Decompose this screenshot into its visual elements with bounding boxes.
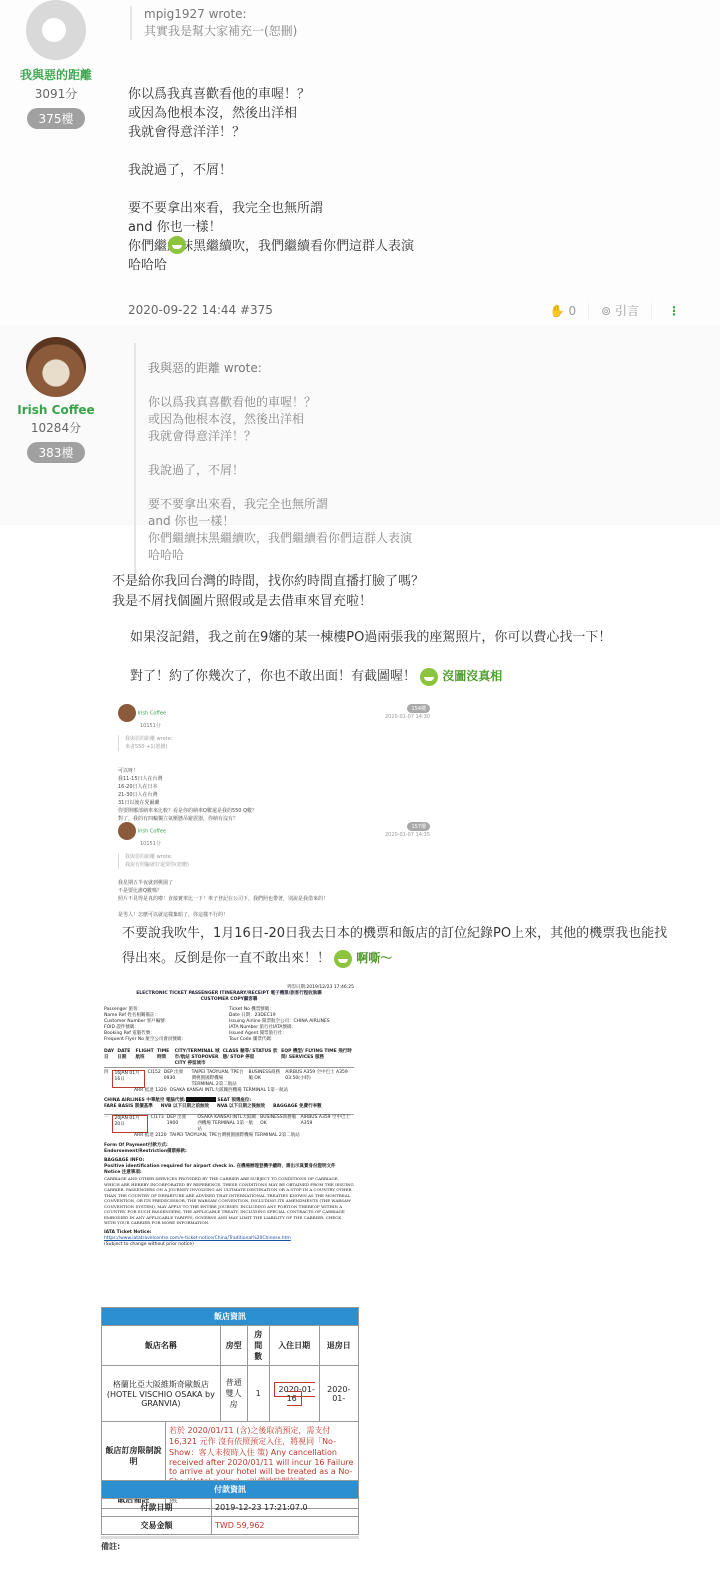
- flight-to: OSAKA KANSAI INTL大阪關西機場 TERMINAL 1第一航站: [170, 1088, 289, 1094]
- emoji-caption: 啊嘶～: [356, 951, 392, 965]
- mini-quote-author: 我與惡的距離 wrote:: [125, 735, 438, 743]
- shocked-emoji-icon: [334, 950, 352, 968]
- default-avatar-icon[interactable]: [26, 0, 86, 60]
- payment-date-value: 2019-12-23 17:21:07.0: [212, 1499, 359, 1517]
- fare-label: SEAT 預選座位:: [217, 1098, 251, 1103]
- post-meta: 2020-09-22 14:44 #375: [128, 303, 273, 317]
- mini-score: 10151分: [140, 722, 438, 729]
- col-hotel-name: 飯店名稱: [102, 1326, 221, 1366]
- flight-no: CI152: [148, 1070, 161, 1088]
- flight-eqp: AIRBUS A359 空中巴士 A359: [301, 1115, 354, 1133]
- col: TIME 時間: [157, 1049, 172, 1067]
- reply-paragraph-2: 如果沒記錯，我之前在9嬸的某一棟樓PO過兩張我的座駕照片，你可以費心找一下！: [130, 628, 611, 648]
- flight-row-2: 一 20JAN 01月20日 CI173 DEP 出發 1900 OSAKA K…: [104, 1114, 354, 1133]
- payment-date-label: 付款日期: [102, 1499, 212, 1517]
- reply-paragraph-3-text: 對了！約了你幾次了，你也不敢出面！有截圖喔！: [130, 669, 416, 684]
- col-rooms: 房間數: [247, 1326, 269, 1366]
- flight-day: 四: [104, 1070, 109, 1088]
- more-options-icon[interactable]: ⋮: [668, 304, 680, 318]
- ticket-columns: DAY 日 DATE 日期 FLIGHT 航班 TIME 時間 CITY/TER…: [104, 1049, 354, 1068]
- ticket-subtitle: CUSTOMER COPY顧客聯: [104, 997, 354, 1003]
- post-383: Irish Coffee 10284分 383樓 我與惡的距離 wrote: 你…: [0, 325, 720, 525]
- author-block: Irish Coffee 10284分 383樓: [14, 337, 98, 463]
- flight-to: TAIPEI TAOYUAN, TPE台灣桃園國際機場 TERMINAL 2第二…: [170, 1133, 300, 1139]
- payment-header: 付款資訊: [102, 1481, 359, 1499]
- post-375: 我與惡的距離 3091分 375樓 mpig1927 wrote: 其實我是幫大…: [0, 0, 720, 325]
- amount-label: 交易金額: [102, 1517, 212, 1535]
- col-checkout: 退房日: [319, 1326, 358, 1366]
- reply-paragraph-4: 不要說我吹牛，1月16日-20日我去日本的機票和飯店的訂位紀錄PO上來，其他的機…: [122, 922, 678, 971]
- quote-author: mpig1927 wrote:: [144, 6, 297, 23]
- mini-body: 我星期五半夜就到桃園了 不是要比誰Q數嗎？ 照片不見得是真的啦！直接實車比一下！…: [118, 879, 438, 919]
- flight-class: BUSINESS商務艙 OK: [260, 1115, 298, 1133]
- hotel-info-table: 飯店資訊 飯店名稱 房型 房間數 入住日期 退房日 格蘭比亞大阪維斯奇歐飯店 (…: [101, 1307, 359, 1509]
- emoji-caption: 沒圖沒真相: [442, 669, 502, 683]
- e-ticket-image: 列印日期:2019/12/23 17:46:25 ELECTRONIC TICK…: [104, 985, 354, 1248]
- quote-button[interactable]: 引言: [615, 302, 639, 319]
- checkin-date: 2020-01-16: [274, 1382, 315, 1406]
- mini-body: 可以呀！ 我11-15日人在台灣 16-20日人在日本 21-30日人在台灣 3…: [118, 767, 438, 823]
- quote-block: mpig1927 wrote: 其實我是幫大家補充一(恕刪): [130, 6, 297, 40]
- iata-note: (Subject to change without prior notice): [104, 1242, 354, 1248]
- flight-from: OSAKA KANSAI INTL大阪關西機場 TERMINAL 1第一航站: [197, 1115, 257, 1133]
- flight-row-2-arr: ARR 抵達 2120 TAIPEI TAOYUAN, TPE台灣桃園國際機場 …: [134, 1133, 354, 1139]
- col: CLASS 艙等/ STATUS 狀態/ STOP 停留: [223, 1049, 279, 1067]
- flight-from: TAIPEI TAOYUAN, TPE台灣桃園國際機場 TERMINAL 2第二…: [192, 1070, 246, 1088]
- author-score: 10284分: [14, 419, 98, 436]
- divider: [651, 303, 652, 319]
- mini-quote-text: 我說有照騙就好還要你(恕刪): [125, 861, 438, 869]
- coffee-avatar[interactable]: [26, 337, 86, 397]
- reply-paragraph-3: 對了！約了你幾次了，你也不敢出面！有截圖喔！ 沒圖沒真相: [130, 666, 502, 687]
- embedded-screenshot-157: Irish Coffee 10151分 157樓 2020-01-07 14:3…: [118, 822, 438, 912]
- amount-value: TWD 59,962: [212, 1517, 359, 1535]
- flight-day: 一: [104, 1115, 109, 1133]
- quote-text: 你以爲我真喜歡看他的車喔！？ 或因為他根本沒，然後出洋相 我就會得意洋洋！？ 我…: [148, 394, 412, 564]
- mini-date: 2020-01-07 14:35: [385, 832, 430, 838]
- ticket-left-fields: Passenger 旅客： Name Ref 姓名相關備註： Customer …: [104, 1007, 229, 1043]
- col-checkin: 入住日期: [269, 1326, 319, 1366]
- quote-icon[interactable]: ⊚: [601, 304, 611, 318]
- author-block: 我與惡的距離 3091分 375樓: [14, 0, 98, 129]
- floor-badge[interactable]: 383樓: [27, 442, 86, 463]
- flight-dep: DEP 出發 0930: [164, 1070, 189, 1088]
- mini-quote-text: 來者550 +1(恕刪): [125, 743, 438, 751]
- fare-label: FARE BASIS 票價基準: [104, 1104, 153, 1110]
- hotel-name: 格蘭比亞大阪維斯奇歐飯店 (HOTEL VISCHIO OSAKA by GRA…: [102, 1366, 221, 1422]
- quote-block: 我與惡的距離 wrote: 你以爲我真喜歡看他的車喔！？ 或因為他根本沒，然後出…: [134, 343, 412, 581]
- col-room-type: 房型: [220, 1326, 247, 1366]
- reply-paragraph-4-text: 不要說我吹牛，1月16日-20日我去日本的機票和飯店的訂位紀錄PO上來，其他的機…: [122, 926, 667, 966]
- flight-row-1-arr: ARR 抵達 1320 OSAKA KANSAI INTL大阪關西機場 TERM…: [134, 1088, 354, 1094]
- mini-floor-badge: 154樓: [407, 704, 430, 713]
- mini-quote: 我與惡的距離 wrote: 來者550 +1(恕刪): [118, 735, 438, 751]
- fare-row: CHINA AIRLINES 中華航空 電腦代號: SEAT 預選座位:: [104, 1097, 354, 1104]
- ticket-right-fields: Ticket No 機票號碼： Date 日期：23DEC19 Issuing …: [229, 1007, 354, 1043]
- col: FLIGHT 航班: [136, 1049, 154, 1067]
- flight-arr: ARR 抵達 1320: [134, 1088, 167, 1094]
- mini-author-name: Irish Coffee: [138, 711, 166, 717]
- flight-date: 20JAN 01月20日: [112, 1115, 148, 1133]
- checkin-cell: 2020-01-16: [269, 1366, 319, 1422]
- col: EQP 機型/ FLYING TIME 飛行時間/ SERVICES 服務: [281, 1049, 354, 1067]
- col: DAY 日: [104, 1049, 114, 1067]
- checkout-date: 2020-01-: [319, 1366, 358, 1422]
- quote-text: 其實我是幫大家補充一(恕刪): [144, 23, 297, 40]
- fare-label: CHINA AIRLINES 中華航空 電腦代號:: [104, 1098, 186, 1103]
- field: Tour Code 團票代碼：: [229, 1037, 354, 1043]
- author-name[interactable]: Irish Coffee: [14, 403, 98, 417]
- redaction: [186, 1097, 216, 1102]
- author-name[interactable]: 我與惡的距離: [14, 66, 98, 83]
- mini-quote: 我與惡的距離 wrote: 我說有照騙就好還要你(恕刪): [118, 853, 438, 869]
- mini-author-name: Irish Coffee: [138, 829, 166, 835]
- endorsement: Endorsement/Restriction備票條款:: [104, 1149, 354, 1155]
- post-actions: ✋ 0 ⊚ 引言 ⋮: [550, 302, 680, 319]
- flight-class: BUSINESS商務艙 OK: [248, 1070, 282, 1088]
- coffee-avatar: [118, 822, 136, 840]
- flight-dep: DEP 出發 1900: [167, 1115, 195, 1133]
- mini-floor-badge: 157樓: [407, 822, 430, 831]
- divider: [588, 303, 589, 319]
- fare-label: BAGGAGE 免費行李數: [273, 1104, 322, 1110]
- remark-label: 備註:: [101, 1541, 120, 1552]
- col: CITY/TERMINAL 城市/航站 STOPOVER CITY 停留城市: [175, 1049, 220, 1067]
- divider: [101, 1536, 359, 1539]
- payment-info-table: 付款資訊 付款日期 2019-12-23 17:21:07.0 交易金額 TWD…: [101, 1480, 359, 1535]
- notice-text: CARRIAGE AND OTHER SERVICES PROVIDED BY …: [104, 1176, 354, 1226]
- room-count: 1: [247, 1366, 269, 1422]
- col: DATE 日期: [117, 1049, 132, 1067]
- kiss-emoji-icon: [420, 668, 438, 686]
- mini-score: 10151分: [140, 840, 438, 847]
- flight-eqp: AIRBUS A359 空中巴士 A359 03:50(小時): [285, 1070, 354, 1088]
- flight-row-1: 四 16JAN 01月16日 CI152 DEP 出發 0930 TAIPEI …: [104, 1070, 354, 1088]
- flight-date: 16JAN 01月16日: [112, 1070, 145, 1088]
- hotel-header: 飯店資訊: [102, 1308, 359, 1326]
- mini-date: 2020-01-07 14:30: [385, 714, 430, 720]
- embedded-screenshot-154: Irish Coffee 10151分 154樓 2020-01-07 14:3…: [118, 704, 438, 814]
- floor-badge[interactable]: 375樓: [27, 108, 86, 129]
- coffee-avatar: [118, 704, 136, 722]
- flight-arr: ARR 抵達 2120: [134, 1133, 167, 1139]
- flight-no: CI173: [151, 1115, 164, 1133]
- room-type: 普通雙人房: [220, 1366, 247, 1422]
- field: Frequent Flyer No 航空公司會員號碼：: [104, 1037, 229, 1043]
- mini-quote-author: 我與惡的距離 wrote:: [125, 853, 438, 861]
- ticket-fields: Passenger 旅客： Name Ref 姓名相關備註： Customer …: [104, 1007, 354, 1043]
- fare-label: NVA 以下日期之後無效: [217, 1104, 265, 1110]
- quote-author: 我與惡的距離 wrote:: [148, 360, 412, 377]
- fare-label: NVB 以下日期之前無效: [161, 1104, 209, 1110]
- laughing-emoji-icon: [168, 236, 186, 254]
- like-count[interactable]: 0: [568, 304, 576, 318]
- clap-icon[interactable]: ✋: [550, 304, 565, 318]
- author-score: 3091分: [14, 85, 98, 102]
- reply-paragraph-1: 不是給你我回台灣的時間，找你約時間直播打臉了嗎？ 我是不屑找個圖片照假或是去借車…: [112, 572, 424, 612]
- fare-basis-row: FARE BASIS 票價基準 NVB 以下日期之前無效 NVA 以下日期之後無…: [104, 1104, 354, 1110]
